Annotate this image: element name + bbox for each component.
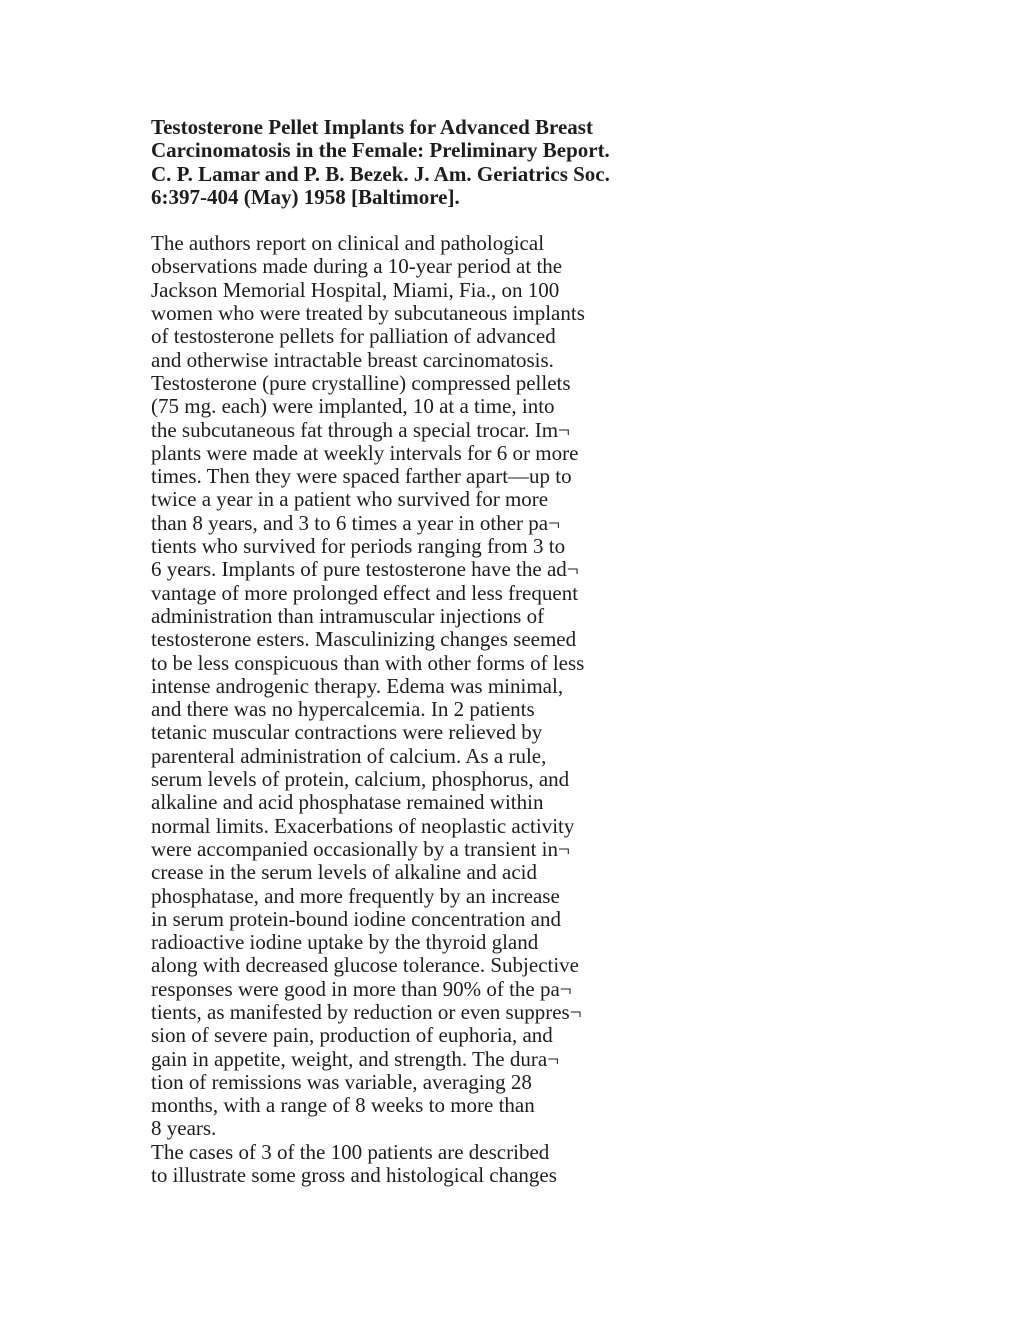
abstract-text-block: Testosterone Pellet Implants for Advance… xyxy=(151,116,631,1187)
text-line: women who were treated by subcutaneous i… xyxy=(151,302,631,325)
text-line: and there was no hypercalcemia. In 2 pat… xyxy=(151,698,631,721)
article-title: Testosterone Pellet Implants for Advance… xyxy=(151,116,631,209)
text-line: twice a year in a patient who survived f… xyxy=(151,488,631,511)
document-page: Testosterone Pellet Implants for Advance… xyxy=(0,0,1020,1320)
text-line: alkaline and acid phosphatase remained w… xyxy=(151,791,631,814)
text-line: to be less conspicuous than with other f… xyxy=(151,652,631,675)
text-line: tients, as manifested by reduction or ev… xyxy=(151,1001,631,1024)
text-line: testosterone esters. Masculinizing chang… xyxy=(151,628,631,651)
text-line: than 8 years, and 3 to 6 times a year in… xyxy=(151,512,631,535)
text-line: Jackson Memorial Hospital, Miami, Fia., … xyxy=(151,279,631,302)
text-line: The authors report on clinical and patho… xyxy=(151,232,631,255)
text-line: to illustrate some gross and histologica… xyxy=(151,1164,631,1187)
text-line: 6 years. Implants of pure testosterone h… xyxy=(151,558,631,581)
text-line: radioactive iodine uptake by the thyroid… xyxy=(151,931,631,954)
text-line: vantage of more prolonged effect and les… xyxy=(151,582,631,605)
text-line: serum levels of protein, calcium, phosph… xyxy=(151,768,631,791)
text-line: phosphatase, and more frequently by an i… xyxy=(151,885,631,908)
text-line: months, with a range of 8 weeks to more … xyxy=(151,1094,631,1117)
text-line: intense androgenic therapy. Edema was mi… xyxy=(151,675,631,698)
text-line: gain in appetite, weight, and strength. … xyxy=(151,1048,631,1071)
text-line: normal limits. Exacerbations of neoplast… xyxy=(151,815,631,838)
article-body: The authors report on clinical and patho… xyxy=(151,232,631,1187)
text-line: The cases of 3 of the 100 patients are d… xyxy=(151,1141,631,1164)
text-line: observations made during a 10-year perio… xyxy=(151,255,631,278)
text-line: (75 mg. each) were implanted, 10 at a ti… xyxy=(151,395,631,418)
text-line: C. P. Lamar and P. B. Bezek. J. Am. Geri… xyxy=(151,163,631,186)
text-line: in serum protein-bound iodine concentrat… xyxy=(151,908,631,931)
text-line: tion of remissions was variable, averagi… xyxy=(151,1071,631,1094)
text-line: 8 years. xyxy=(151,1117,631,1140)
text-line: crease in the serum levels of alkaline a… xyxy=(151,861,631,884)
text-line: times. Then they were spaced farther apa… xyxy=(151,465,631,488)
text-line: tetanic muscular contractions were relie… xyxy=(151,721,631,744)
text-line: Testosterone (pure crystalline) compress… xyxy=(151,372,631,395)
text-line: Carcinomatosis in the Female: Preliminar… xyxy=(151,139,631,162)
text-line: and otherwise intractable breast carcino… xyxy=(151,349,631,372)
text-line: plants were made at weekly intervals for… xyxy=(151,442,631,465)
text-line: parenteral administration of calcium. As… xyxy=(151,745,631,768)
text-line: Testosterone Pellet Implants for Advance… xyxy=(151,116,631,139)
text-line: responses were good in more than 90% of … xyxy=(151,978,631,1001)
text-line: were accompanied occasionally by a trans… xyxy=(151,838,631,861)
text-line: 6:397-404 (May) 1958 [Baltimore]. xyxy=(151,186,631,209)
text-line: along with decreased glucose tolerance. … xyxy=(151,954,631,977)
text-line: sion of severe pain, production of eupho… xyxy=(151,1024,631,1047)
text-line: administration than intramuscular inject… xyxy=(151,605,631,628)
text-line: the subcutaneous fat through a special t… xyxy=(151,419,631,442)
text-line: tients who survived for periods ranging … xyxy=(151,535,631,558)
text-line: of testosterone pellets for palliation o… xyxy=(151,325,631,348)
